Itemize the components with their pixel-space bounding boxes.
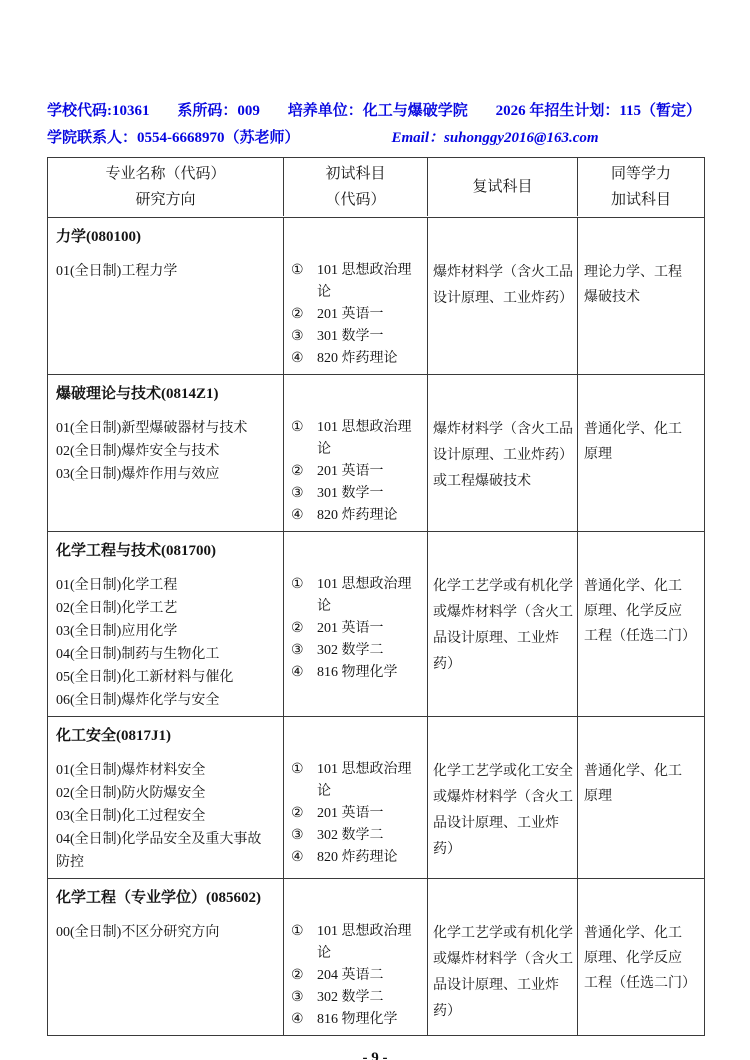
circled-number: ④ <box>291 1009 317 1031</box>
document-header: 学校代码:10361 系所码：009 培养单位：化工与爆破学院 2026 年招生… <box>47 98 703 152</box>
circled-number: ① <box>291 417 317 461</box>
major-cell: 力学(080100) 01(全日制)工程力学 <box>48 218 284 374</box>
subject-text: 101 思想政治理论 <box>317 417 423 461</box>
major-title: 力学(080100) <box>56 224 275 250</box>
admissions-table: 专业名称（代码） 研究方向 初试科目 （代码） 复试科目 同等学力 加试科目 力… <box>47 157 705 1036</box>
retest-subjects-cell: 化学工艺学或有机化学或爆炸材料学（含火工品设计原理、工业炸药） <box>428 879 578 1035</box>
enrollment-plan-text: 2026 年招生计划：115（暂定） <box>496 98 701 125</box>
subject-item: ①101 思想政治理论 <box>291 260 423 304</box>
retest-subjects-cell: 化学工艺学或有机化学或爆炸材料学（含火工品设计原理、工业炸药） <box>428 532 578 716</box>
direction-item: 01(全日制)化学工程 <box>56 574 275 597</box>
subject-text: 816 物理化学 <box>317 1009 398 1031</box>
column-header-retest-subjects: 复试科目 <box>428 158 578 216</box>
circled-number: ② <box>291 304 317 326</box>
subject-item: ④820 炸药理论 <box>291 348 423 370</box>
direction-item: 01(全日制)新型爆破器材与技术 <box>56 417 275 440</box>
subject-text: 201 英语一 <box>317 618 384 640</box>
column-header-major-line2: 研究方向 <box>135 187 195 213</box>
direction-item: 04(全日制)化学品安全及重大事故防控 <box>56 828 275 874</box>
table-row: 力学(080100) 01(全日制)工程力学 ①101 思想政治理论 ②201 … <box>48 218 704 375</box>
subject-item: ③301 数学一 <box>291 483 423 505</box>
circled-number: ② <box>291 803 317 825</box>
subject-item: ①101 思想政治理论 <box>291 417 423 461</box>
email-link[interactable]: Email：suhonggy2016@163.com <box>392 125 599 152</box>
subject-text: 101 思想政治理论 <box>317 260 423 304</box>
circled-number: ④ <box>291 505 317 527</box>
circled-number: ④ <box>291 348 317 370</box>
subject-text: 820 炸药理论 <box>317 348 398 370</box>
additional-subjects-cell: 理论力学、工程爆破技术 <box>578 218 704 374</box>
subject-item: ①101 思想政治理论 <box>291 921 423 965</box>
circled-number: ③ <box>291 640 317 662</box>
subject-item: ④816 物理化学 <box>291 1009 423 1031</box>
subject-item: ①101 思想政治理论 <box>291 759 423 803</box>
major-cell: 化工安全(0817J1) 01(全日制)爆炸材料安全 02(全日制)防火防爆安全… <box>48 717 284 878</box>
subject-item: ②201 英语一 <box>291 803 423 825</box>
column-header-major-line1: 专业名称（代码） <box>105 161 225 187</box>
major-title: 化学工程（专业学位）(085602) <box>56 885 275 911</box>
direction-item: 04(全日制)制药与生物化工 <box>56 643 275 666</box>
circled-number: ③ <box>291 987 317 1009</box>
column-header-equivalent-subjects: 同等学力 加试科目 <box>578 158 704 216</box>
initial-subjects-cell: ①101 思想政治理论 ②201 英语一 ③301 数学一 ④820 炸药理论 <box>284 375 428 531</box>
circled-number: ③ <box>291 326 317 348</box>
initial-subjects-cell: ①101 思想政治理论 ②201 英语一 ③301 数学一 ④820 炸药理论 <box>284 218 428 374</box>
major-cell: 化学工程（专业学位）(085602) 00(全日制)不区分研究方向 <box>48 879 284 1035</box>
column-header-major: 专业名称（代码） 研究方向 <box>48 158 284 216</box>
major-title: 爆破理论与技术(0814Z1) <box>56 381 275 407</box>
major-title: 化工安全(0817J1) <box>56 723 275 749</box>
circled-number: ② <box>291 618 317 640</box>
direction-item: 02(全日制)防火防爆安全 <box>56 782 275 805</box>
circled-number: ② <box>291 965 317 987</box>
document-page: 学校代码:10361 系所码：009 培养单位：化工与爆破学院 2026 年招生… <box>0 0 750 1060</box>
training-unit-text: 培养单位：化工与爆破学院 <box>288 98 468 125</box>
table-row: 化学工程与技术(081700) 01(全日制)化学工程 02(全日制)化学工艺 … <box>48 532 704 717</box>
subject-text: 101 思想政治理论 <box>317 921 423 965</box>
additional-subjects-cell: 普通化学、化工原理 <box>578 375 704 531</box>
column-header-initial-subjects: 初试科目 （代码） <box>284 158 428 216</box>
circled-number: ③ <box>291 483 317 505</box>
subject-text: 301 数学一 <box>317 326 384 348</box>
subject-item: ②201 英语一 <box>291 461 423 483</box>
subject-item: ④820 炸药理论 <box>291 847 423 869</box>
direction-item: 01(全日制)爆炸材料安全 <box>56 759 275 782</box>
header-line-1: 学校代码:10361 系所码：009 培养单位：化工与爆破学院 2026 年招生… <box>47 98 703 125</box>
contact-text: 学院联系人：0554-6668970（苏老师） <box>47 125 300 152</box>
direction-item: 02(全日制)爆炸安全与技术 <box>56 440 275 463</box>
column-header-equivalent-line2: 加试科目 <box>611 187 671 213</box>
additional-subjects-cell: 普通化学、化工原理 <box>578 717 704 878</box>
circled-number: ④ <box>291 662 317 684</box>
column-header-equivalent-line1: 同等学力 <box>611 161 671 187</box>
subject-text: 816 物理化学 <box>317 662 398 684</box>
direction-item: 03(全日制)应用化学 <box>56 620 275 643</box>
subject-text: 302 数学二 <box>317 640 384 662</box>
subject-item: ③302 数学二 <box>291 825 423 847</box>
table-row: 爆破理论与技术(0814Z1) 01(全日制)新型爆破器材与技术 02(全日制)… <box>48 375 704 532</box>
header-line-2: 学院联系人：0554-6668970（苏老师） Email：suhonggy20… <box>47 125 703 152</box>
subject-item: ③302 数学二 <box>291 640 423 662</box>
subject-item: ③301 数学一 <box>291 326 423 348</box>
circled-number: ② <box>291 461 317 483</box>
initial-subjects-cell: ①101 思想政治理论 ②201 英语一 ③302 数学二 ④820 炸药理论 <box>284 717 428 878</box>
page-number: - 9 - <box>363 1050 388 1060</box>
subject-text: 301 数学一 <box>317 483 384 505</box>
circled-number: ① <box>291 574 317 618</box>
circled-number: ④ <box>291 847 317 869</box>
direction-item: 02(全日制)化学工艺 <box>56 597 275 620</box>
subject-text: 820 炸药理论 <box>317 505 398 527</box>
subject-text: 201 英语一 <box>317 304 384 326</box>
subject-text: 201 英语一 <box>317 461 384 483</box>
direction-item: 03(全日制)爆炸作用与效应 <box>56 463 275 486</box>
direction-item: 01(全日制)工程力学 <box>56 260 275 283</box>
column-header-retest-line1: 复试科目 <box>472 174 532 200</box>
subject-item: ②204 英语二 <box>291 965 423 987</box>
dept-code-text: 系所码：009 <box>177 98 260 125</box>
circled-number: ③ <box>291 825 317 847</box>
circled-number: ① <box>291 260 317 304</box>
subject-item: ①101 思想政治理论 <box>291 574 423 618</box>
table-header-row: 专业名称（代码） 研究方向 初试科目 （代码） 复试科目 同等学力 加试科目 <box>48 158 704 218</box>
column-header-initial-line2: （代码） <box>325 187 385 213</box>
school-code-text: 学校代码:10361 <box>47 98 150 125</box>
subject-item: ④816 物理化学 <box>291 662 423 684</box>
subject-text: 820 炸药理论 <box>317 847 398 869</box>
page-footer: - 9 - <box>47 1050 703 1060</box>
direction-item: 06(全日制)爆炸化学与安全 <box>56 689 275 712</box>
additional-subjects-cell: 普通化学、化工原理、化学反应工程（任选二门） <box>578 879 704 1035</box>
table-row: 化工安全(0817J1) 01(全日制)爆炸材料安全 02(全日制)防火防爆安全… <box>48 717 704 879</box>
subject-text: 101 思想政治理论 <box>317 759 423 803</box>
retest-subjects-cell: 爆炸材料学（含火工品设计原理、工业炸药） <box>428 218 578 374</box>
subject-item: ②201 英语一 <box>291 618 423 640</box>
column-header-initial-line1: 初试科目 <box>325 161 385 187</box>
major-title: 化学工程与技术(081700) <box>56 538 275 564</box>
subject-text: 302 数学二 <box>317 825 384 847</box>
subject-item: ④820 炸药理论 <box>291 505 423 527</box>
major-cell: 化学工程与技术(081700) 01(全日制)化学工程 02(全日制)化学工艺 … <box>48 532 284 716</box>
subject-text: 201 英语一 <box>317 803 384 825</box>
retest-subjects-cell: 化学工艺学或化工安全或爆炸材料学（含火工品设计原理、工业炸药） <box>428 717 578 878</box>
subject-item: ②201 英语一 <box>291 304 423 326</box>
major-cell: 爆破理论与技术(0814Z1) 01(全日制)新型爆破器材与技术 02(全日制)… <box>48 375 284 531</box>
subject-text: 204 英语二 <box>317 965 384 987</box>
direction-item: 05(全日制)化工新材料与催化 <box>56 666 275 689</box>
subject-text: 302 数学二 <box>317 987 384 1009</box>
circled-number: ① <box>291 759 317 803</box>
subject-text: 101 思想政治理论 <box>317 574 423 618</box>
circled-number: ① <box>291 921 317 965</box>
subject-item: ③302 数学二 <box>291 987 423 1009</box>
initial-subjects-cell: ①101 思想政治理论 ②204 英语二 ③302 数学二 ④816 物理化学 <box>284 879 428 1035</box>
retest-subjects-cell: 爆炸材料学（含火工品设计原理、工业炸药）或工程爆破技术 <box>428 375 578 531</box>
direction-item: 03(全日制)化工过程安全 <box>56 805 275 828</box>
initial-subjects-cell: ①101 思想政治理论 ②201 英语一 ③302 数学二 ④816 物理化学 <box>284 532 428 716</box>
additional-subjects-cell: 普通化学、化工原理、化学反应工程（任选二门） <box>578 532 704 716</box>
direction-item: 00(全日制)不区分研究方向 <box>56 921 275 944</box>
table-row: 化学工程（专业学位）(085602) 00(全日制)不区分研究方向 ①101 思… <box>48 879 704 1035</box>
